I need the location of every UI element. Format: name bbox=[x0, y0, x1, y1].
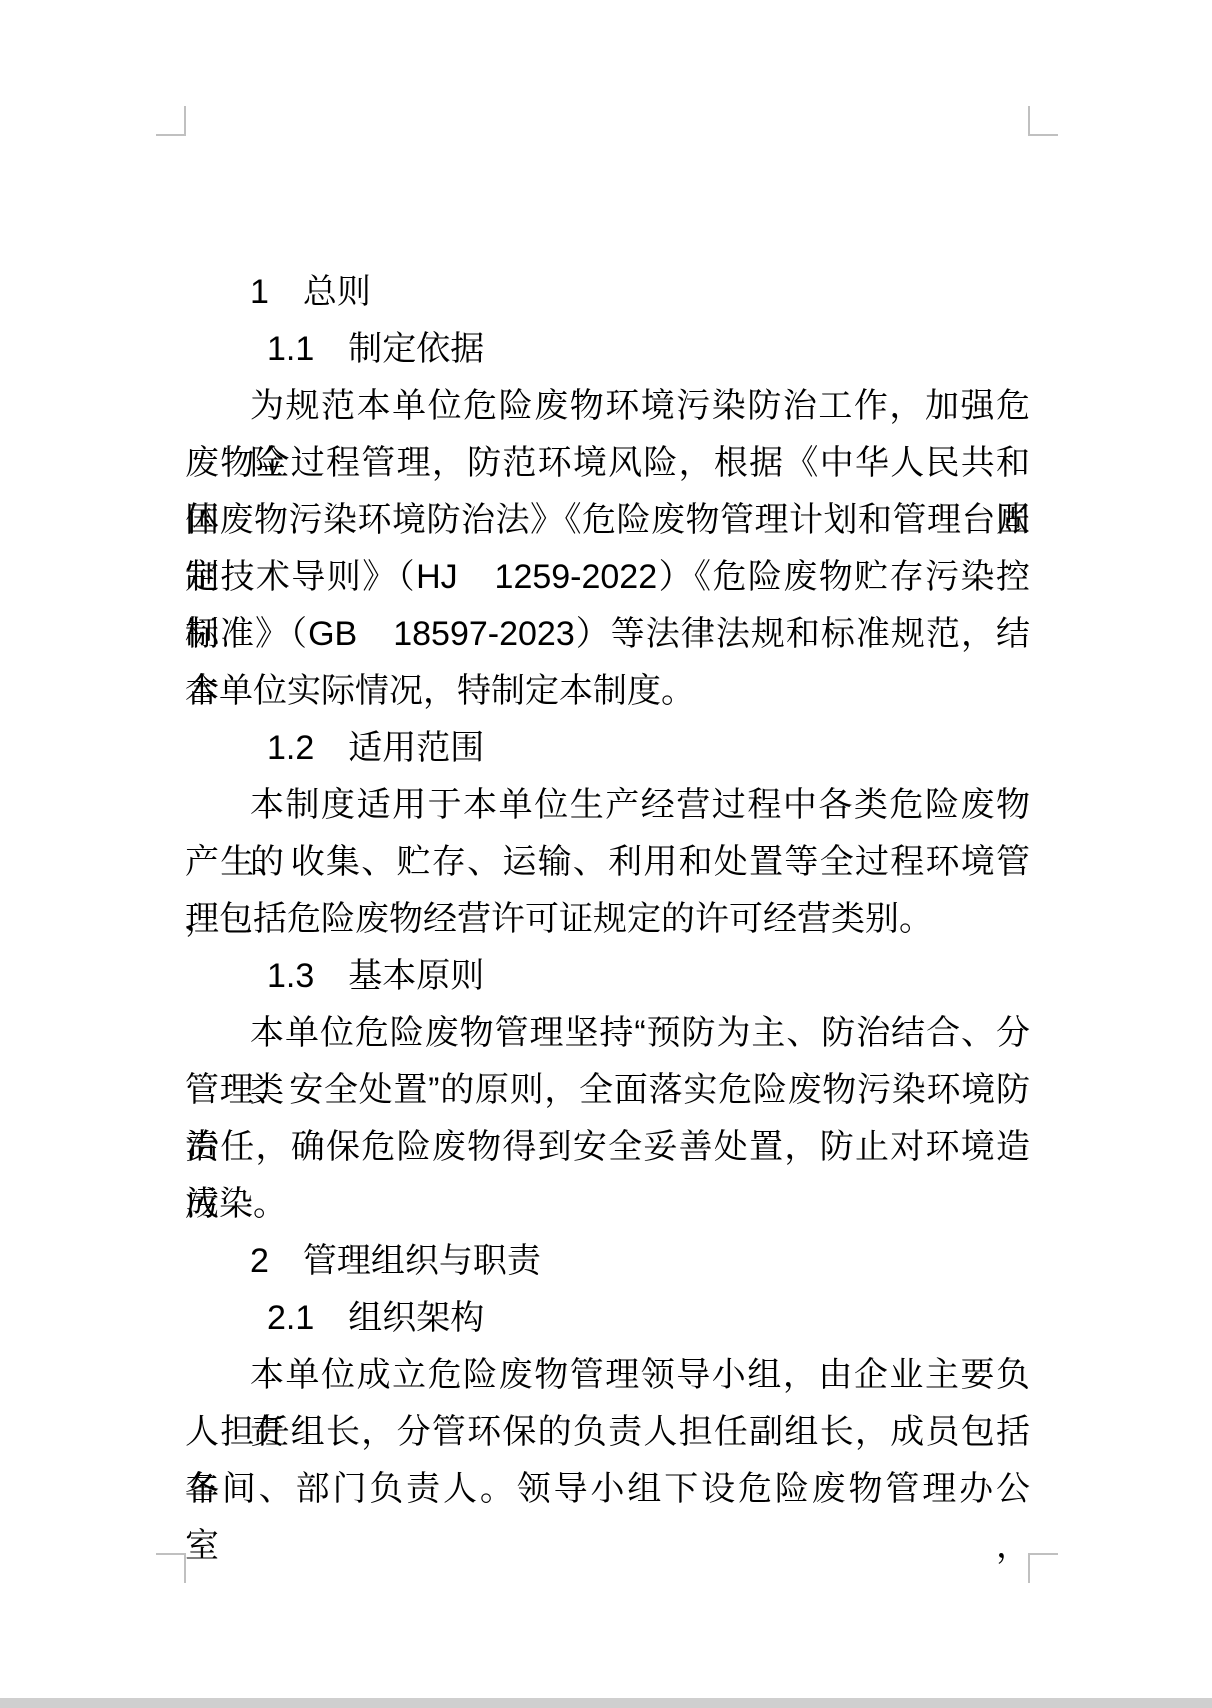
document-page: 1 总则1.1 制定依据为规范本单位危险废物环境污染防治工作，加强危险废物全过程… bbox=[0, 0, 1212, 1708]
text-line: 定技术导则》（HJ 1259-2022）《危险废物贮存污染控制 bbox=[185, 549, 1030, 606]
text-line: 标准》（GB 18597-2023）等法律法规和标准规范，结合 bbox=[185, 606, 1030, 663]
text-line: 产生、收集、贮存、运输、利用和处置等全过程环境管理 bbox=[185, 834, 1030, 891]
text-line: 责任，确保危险废物得到安全妥善处置，防止对环境造成 bbox=[185, 1119, 1030, 1176]
heading-line: 1.2 适用范围 bbox=[185, 720, 1030, 777]
text-line: 本单位危险废物管理坚持“预防为主、防治结合、分类 bbox=[185, 1005, 1030, 1062]
text-line: 人担任组长，分管环保的负责人担任副组长，成员包括各 bbox=[185, 1404, 1030, 1461]
margin-corner-mark-top-right bbox=[1028, 106, 1058, 136]
margin-corner-mark-top-left bbox=[156, 106, 186, 136]
heading-line: 1.3 基本原则 bbox=[185, 948, 1030, 1005]
text-line: 本单位成立危险废物管理领导小组，由企业主要负责 bbox=[185, 1347, 1030, 1404]
text-line: 为规范本单位危险废物环境污染防治工作，加强危险 bbox=[185, 378, 1030, 435]
text-line: 本单位实际情况，特制定本制度。 bbox=[185, 663, 1030, 720]
heading-line: 1.1 制定依据 bbox=[185, 321, 1030, 378]
document-body: 1 总则1.1 制定依据为规范本单位危险废物环境污染防治工作，加强危险废物全过程… bbox=[185, 264, 1030, 1518]
text-line: 污染。 bbox=[185, 1176, 1030, 1233]
margin-corner-mark-bottom-left bbox=[156, 1553, 186, 1583]
text-line: 体废物污染环境防治法》《危险废物管理计划和管理台账制 bbox=[185, 492, 1030, 549]
heading-line: 1 总则 bbox=[185, 264, 1030, 321]
text-line: 车间、部门负责人。领导小组下设危险废物管理办公室， bbox=[185, 1461, 1030, 1518]
text-line: 管理、安全处置”的原则，全面落实危险废物污染环境防治 bbox=[185, 1062, 1030, 1119]
page-bottom-gap-bar bbox=[0, 1698, 1212, 1708]
text-line: 本制度适用于本单位生产经营过程中各类危险废物的 bbox=[185, 777, 1030, 834]
text-line: 废物全过程管理，防范环境风险，根据《中华人民共和国固 bbox=[185, 435, 1030, 492]
heading-line: 2.1 组织架构 bbox=[185, 1290, 1030, 1347]
margin-corner-mark-bottom-right bbox=[1028, 1553, 1058, 1583]
heading-line: 2 管理组织与职责 bbox=[185, 1233, 1030, 1290]
text-line: ，包括危险废物经营许可证规定的许可经营类别。 bbox=[185, 891, 1030, 948]
